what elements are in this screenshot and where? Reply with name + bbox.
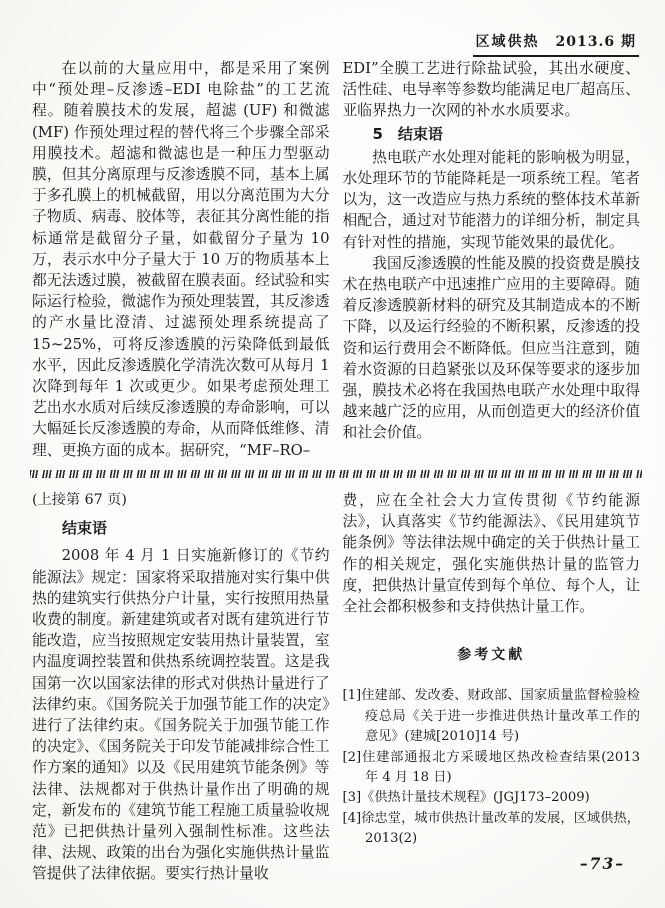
journal-page: 区域供热2013.6 期 在以前的大量应用中，都是采用了案例中“预处理–反渗透–… — [0, 0, 665, 908]
membrane-conclusion-heading: 5 结束语 — [373, 124, 641, 145]
membrane-article-left-paragraph: 在以前的大量应用中，都是采用了案例中“预处理–反渗透–EDI 电除盐”的工艺流程… — [32, 58, 330, 461]
running-head-text: 区域供热2013.6 期 — [473, 31, 639, 57]
top-left-column: 在以前的大量应用中，都是采用了案例中“预处理–反渗透–EDI 电除盐”的工艺流程… — [32, 58, 330, 461]
journal-name: 区域供热 — [476, 34, 540, 50]
reference-item-3: [3]《供热计量技术规程》(JGJ173–2009) — [343, 788, 641, 808]
membrane-conclusion-paragraph-1: 热电联产水处理对能耗的影响极为明显，水处理环节的节能降耗是一项系统工程。笔者以为… — [343, 147, 641, 253]
issue-label: 2013.6 期 — [556, 34, 636, 50]
references-list: [1]住建部、发改委、财政部、国家质量监督检验检疫总局《关于进一步推进供热计量改… — [343, 686, 641, 849]
bottom-right-column: 费，应在全社会大力宣传贯彻《节约能源法》，认真落实《节约能源法》、《民用建筑节能… — [343, 490, 641, 885]
reference-item-4: [4]徐忠堂，城市供热计量改革的发展，区域供热，2013(2) — [343, 809, 641, 850]
continued-from-note: (上接第 67 页) — [32, 490, 330, 511]
metering-right-paragraph: 费，应在全社会大力宣传贯彻《节约能源法》，认真落实《节约能源法》、《民用建筑节能… — [343, 490, 641, 617]
top-article-section: 在以前的大量应用中，都是采用了案例中“预处理–反渗透–EDI 电除盐”的工艺流程… — [32, 58, 640, 461]
page-number: –73– — [580, 854, 625, 873]
reference-item-1: [1]住建部、发改委、财政部、国家质量监督检验检疫总局《关于进一步推进供热计量改… — [343, 686, 641, 747]
metering-left-paragraph: 2008 年 4 月 1 日实施新修订的《节约能源法》规定：国家将采取措施对实行… — [32, 545, 330, 884]
bottom-article-section: (上接第 67 页) 结束语 2008 年 4 月 1 日实施新修订的《节约能源… — [32, 490, 640, 885]
membrane-article-continuation-paragraph: EDI”全膜工艺进行除盐试验，其出水硬度、活性硅、电导率等参数均能满足电厂超高压… — [343, 58, 641, 122]
membrane-conclusion-paragraph-2: 我国反渗透膜的性能及膜的投资费是膜技术在热电联产中迅速推广应用的主要障碍。随着反… — [343, 253, 641, 444]
ornament-separator-row — [30, 470, 642, 478]
metering-conclusion-heading: 结束语 — [62, 518, 330, 539]
reference-item-2: [2]住建部通报北方采暖地区热改检查结果(2013 年 4 月 18 日) — [343, 748, 641, 789]
bottom-left-column: (上接第 67 页) 结束语 2008 年 4 月 1 日实施新修订的《节约能源… — [32, 490, 330, 885]
top-right-column: EDI”全膜工艺进行除盐试验，其出水硬度、活性硅、电导率等参数均能满足电厂超高压… — [343, 58, 641, 461]
running-head: 区域供热2013.6 期 — [473, 31, 639, 57]
references-heading: 参考文献 — [343, 645, 641, 666]
